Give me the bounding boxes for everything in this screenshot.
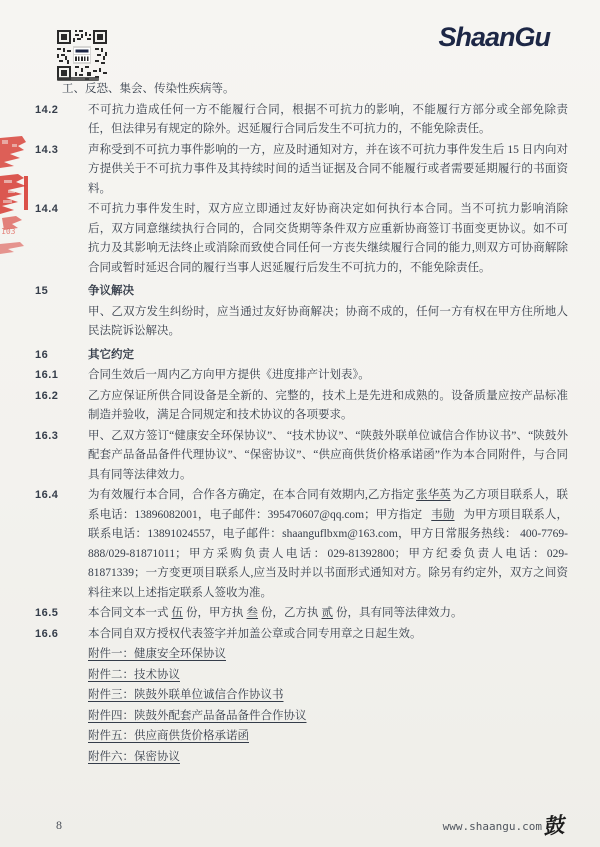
attachment-3: 附件三：陕鼓外联单位诚信合作协议书 — [88, 689, 284, 701]
section-text: 合同生效后一周内乙方向甲方提供《进度排产计划表》。 — [88, 366, 568, 386]
attachment-5: 附件五：供应商供货价格承诺函 — [88, 730, 249, 742]
section-text: 声称受到不可抗力事件影响的一方，应及时通知对方，并在该不可抗力事件发生后 15 … — [88, 141, 568, 200]
brand-logo: ShaanGu — [438, 22, 550, 53]
section-16-4: 16.4 为有效履行本合同，合作各方确定，在本合同有效期内,乙方指定张华英为乙方… — [35, 486, 568, 603]
section-15-heading: 15 争议解决 — [35, 282, 568, 302]
intro-continuation-row: 工、反恐、集会、传染性疾病等。 — [35, 80, 568, 100]
svg-text:103: 103 — [1, 227, 16, 236]
copies-party-b: 贰 — [319, 607, 337, 619]
section-heading: 其它约定 — [88, 346, 568, 366]
footer-url: www.shaangu.com — [443, 820, 542, 833]
contract-body: 工、反恐、集会、传染性疾病等。 14.2 不可抗力造成任何一方不能履行合同，根据… — [35, 80, 568, 768]
section-16-5: 16.5 本合同文本一式伍份，甲方执叁份，乙方执贰份，具有同等法律效力。 — [35, 604, 568, 624]
section-16-1: 16.1 合同生效后一周内乙方向甲方提供《进度排产计划表》。 — [35, 366, 568, 386]
section-14-2: 14.2 不可抗力造成任何一方不能履行合同，根据不可抗力的影响，不能履行方部分或… — [35, 101, 568, 140]
section-text: 乙方应保证所供合同设备是全新的、完整的，技术上是先进和成熟的。设备质量应按产品标… — [88, 387, 568, 426]
section-number: 16.5 — [35, 604, 88, 624]
intro-line: 工、反恐、集会、传染性疾病等。 — [62, 80, 568, 100]
section-number: 14.2 — [35, 101, 88, 140]
copies-total: 伍 — [169, 607, 187, 619]
section-16-3: 16.3 甲、乙双方签订“健康安全环保协议”、 “技术协议”、“陕鼓外联单位诚信… — [35, 427, 568, 486]
qr-code-icon — [57, 30, 107, 80]
section-number: 16.3 — [35, 427, 88, 486]
section-heading: 争议解决 — [88, 282, 568, 302]
party-b-contact-name: 张华英 — [414, 489, 453, 501]
section-text: 本合同文本一式伍份，甲方执叁份，乙方执贰份，具有同等法律效力。 — [88, 604, 568, 624]
section-text: 甲、乙双方签订“健康安全环保协议”、 “技术协议”、“陕鼓外联单位诚信合作协议书… — [88, 427, 568, 486]
section-15-body: 甲、乙双方发生纠纷时，应当通过友好协商解决；协商不成的，任何一方有权在甲方住所地… — [35, 303, 568, 342]
attachment-item: 附件一：健康安全环保协议 — [35, 645, 568, 665]
document-page: ShaanGu 103 工、反恐、集会、传染性疾病等。 — [0, 0, 600, 847]
party-a-contact-name: 韦勋 — [422, 509, 463, 521]
section-text: 为有效履行本合同，合作各方确定，在本合同有效期内,乙方指定张华英为乙方项目联系人… — [88, 486, 568, 603]
section-text: 本合同自双方授权代表签字并加盖公章或合同专用章之日起生效。 — [88, 625, 568, 645]
section-number: 16.4 — [35, 486, 88, 603]
section-number: 16.2 — [35, 387, 88, 426]
footer-url-block: www.shaangu.com 鼓 — [443, 819, 564, 833]
attachment-1: 附件一：健康安全环保协议 — [88, 648, 226, 660]
page-number: 8 — [56, 818, 62, 833]
section-16-6: 16.6 本合同自双方授权代表签字并加盖公章或合同专用章之日起生效。 — [35, 625, 568, 645]
attachment-item: 附件三：陕鼓外联单位诚信合作协议书 — [35, 686, 568, 706]
attachment-6: 附件六：保密协议 — [88, 751, 180, 763]
section-number: 16.1 — [35, 366, 88, 386]
section-number: 14.3 — [35, 141, 88, 200]
section-14-4: 14.4 不可抗力事件发生时，双方应立即通过友好协商决定如何执行本合同。当不可抗… — [35, 200, 568, 278]
attachment-4: 附件四：陕鼓外配套产品备品备件合作协议 — [88, 710, 307, 722]
attachment-item: 附件四：陕鼓外配套产品备品备件合作协议 — [35, 707, 568, 727]
section-text: 不可抗力造成任何一方不能履行合同，根据不可抗力的影响，不能履行方部分或全部免除责… — [88, 101, 568, 140]
section-text: 不可抗力事件发生时，双方应立即通过友好协商决定如何执行本合同。当不可抗力影响消除… — [88, 200, 568, 278]
section-16-2: 16.2 乙方应保证所供合同设备是全新的、完整的，技术上是先进和成熟的。设备质量… — [35, 387, 568, 426]
section-number: 15 — [35, 282, 88, 302]
red-seal-stamp-icon: 103 — [0, 132, 32, 260]
attachment-item: 附件六：保密协议 — [35, 748, 568, 768]
section-number — [35, 303, 88, 342]
attachment-item: 附件五：供应商供货价格承诺函 — [35, 727, 568, 747]
copies-party-a: 叁 — [244, 607, 262, 619]
section-number: 14.4 — [35, 200, 88, 278]
footer-calligraphy-logo-icon: 鼓 — [542, 818, 564, 834]
section-number: 16.6 — [35, 625, 88, 645]
section-number: 16 — [35, 346, 88, 366]
attachment-item: 附件二：技术协议 — [35, 666, 568, 686]
section-14-3: 14.3 声称受到不可抗力事件影响的一方，应及时通知对方，并在该不可抗力事件发生… — [35, 141, 568, 200]
section-16-heading: 16 其它约定 — [35, 346, 568, 366]
attachment-2: 附件二：技术协议 — [88, 669, 180, 681]
section-text: 甲、乙双方发生纠纷时，应当通过友好协商解决；协商不成的，任何一方有权在甲方住所地… — [88, 303, 568, 342]
